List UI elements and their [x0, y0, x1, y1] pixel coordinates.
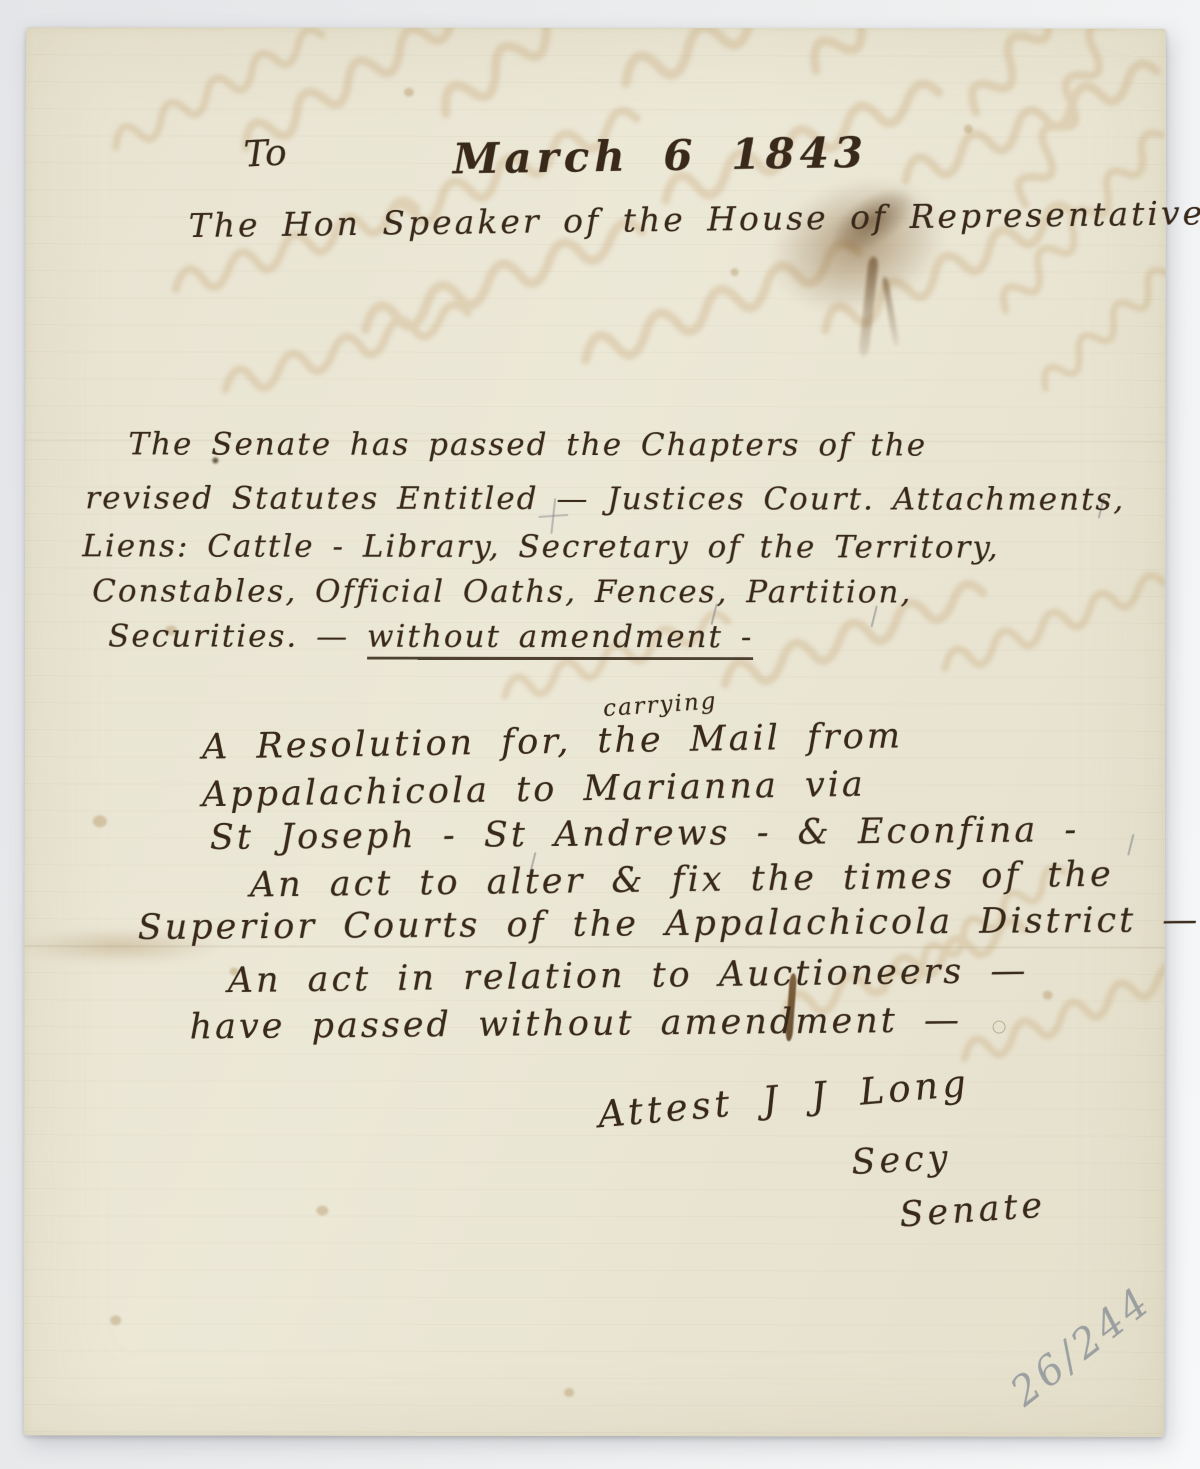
pencil-circle-mark: [993, 1021, 1006, 1034]
foxing-spot: [1043, 991, 1053, 1000]
pencil-tick: [1127, 834, 1134, 856]
manuscript-line: The Senate has passed the Chapters of th…: [128, 427, 927, 464]
foxing-spot: [93, 815, 107, 827]
document-page: To March 6 1843 The Hon Speaker of the H…: [24, 27, 1166, 1437]
manuscript-line: Superior Courts of the Appalachicola Dis…: [138, 900, 1200, 948]
manuscript-line: An act in relation to Auctioneers —: [227, 951, 1028, 1001]
without-amendment-underlined: without amendment -: [367, 619, 753, 661]
foxing-spot: [564, 1388, 574, 1397]
ink-smudge-stain: [752, 156, 963, 335]
catalog-number-pencil: 26/244: [1002, 1278, 1160, 1416]
manuscript-line: A Resolution for, the Mail from: [202, 716, 904, 768]
foxing-spot: [316, 1206, 328, 1216]
manuscript-line: revised Statutes Entitled — Justices Cou…: [85, 481, 1125, 518]
scan-canvas: { "letter": { "salutation": "To", "date"…: [0, 0, 1200, 1469]
foxing-spot: [964, 125, 973, 134]
foxing-spot: [731, 268, 739, 276]
manuscript-line: have passed without amendment —: [189, 1000, 962, 1047]
manuscript-line: Securities. — without amendment -: [108, 619, 753, 656]
manuscript-line: An act to alter & fix the times of the: [250, 855, 1114, 906]
manuscript-line: Constables, Official Oaths, Fences, Part…: [92, 574, 912, 611]
interlinear-insertion: carrying: [602, 688, 718, 722]
foxing-spot: [110, 1315, 121, 1325]
manuscript-line: Appalachicola to Marianna via: [202, 765, 866, 816]
date-line: March 6 1843: [452, 129, 868, 184]
ink-smudge-tail: [882, 276, 900, 346]
foxing-spot: [404, 88, 414, 97]
securities-text: Securities. —: [108, 618, 367, 654]
attestation-title: Secy: [850, 1138, 952, 1183]
manuscript-line: Liens: Cattle - Library, Secretary of th…: [82, 529, 999, 566]
manuscript-line: St Joseph - St Andrews - & Econfina -: [210, 810, 1080, 858]
attestation-org: Senate: [898, 1186, 1047, 1236]
ink-smudge-tail: [858, 256, 879, 356]
salutation-to: To: [243, 132, 288, 176]
attestation-signature: Attest J J Long: [596, 1062, 971, 1136]
addressee-line: The Hon Speaker of the House of Represen…: [189, 193, 1200, 245]
